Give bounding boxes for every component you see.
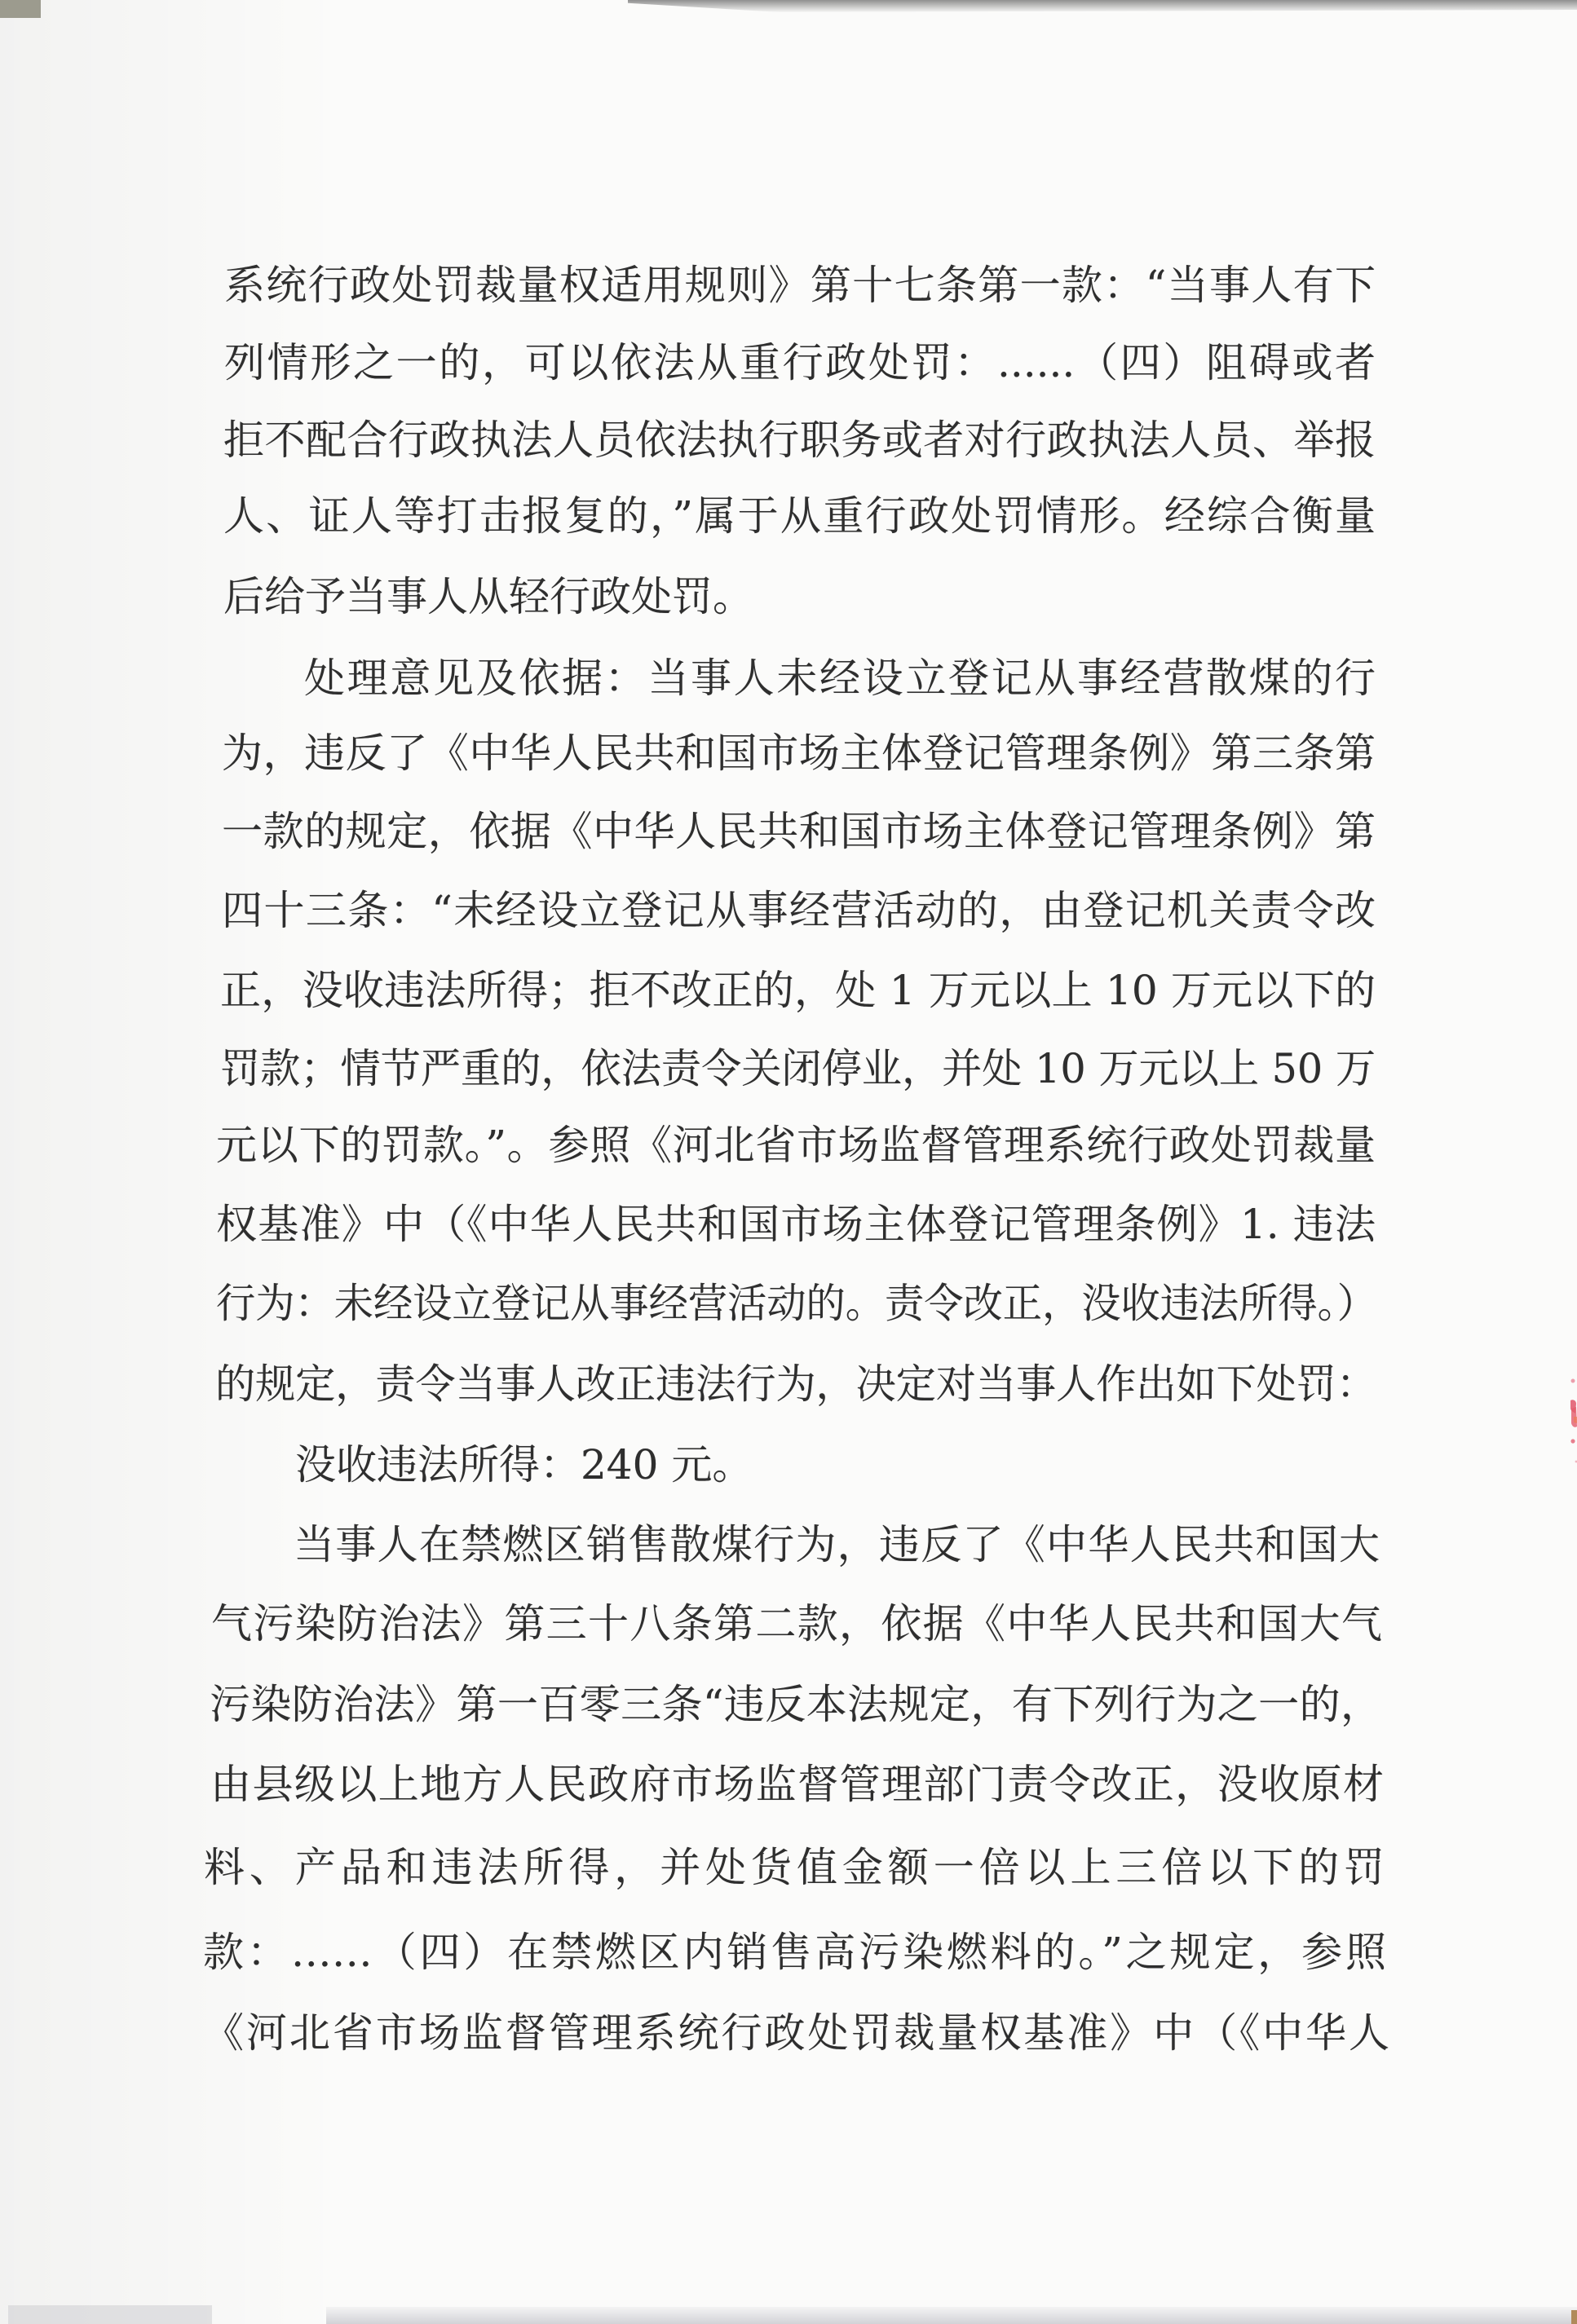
- text-line: 处理意见及依据：当事人未经设立登记从事经营散煤的行: [223, 639, 1376, 717]
- text-line: 《河北省市场监督管理系统行政处罚裁量权基准》中（《中华人: [203, 1994, 1389, 2072]
- text-line: 列情形之一的，可以依法从重行政处罚：......（四）阻碍或者: [224, 324, 1376, 402]
- scan-bottom-edge-shadow-right: [326, 2307, 1577, 2324]
- scan-corner-shadow: [0, 0, 41, 18]
- penalty-line: 没收违法所得：240 元。: [214, 1426, 1378, 1504]
- red-seal-fragment-icon: [1564, 1376, 1577, 1466]
- text-line: 人、证人等打击报复的，”属于从重行政处罚情形。经综合衡量: [223, 477, 1376, 555]
- text-line: 污染防治法》第一百零三条“违反本法规定，有下列行为之一的，: [210, 1665, 1381, 1744]
- text-line: 款：……（四）在禁燃区内销售高污染燃料的。”之规定，参照: [203, 1913, 1386, 1991]
- text-line: 罚款；情节严重的，依法责令关闭停业，并处 10 万元以上 50 万: [220, 1030, 1376, 1108]
- text-line: 系统行政处罚裁量权适用规则》第十七条第一款：“当事人有下: [224, 246, 1376, 324]
- text-line: 由县级以上地方人民政府市场监督管理部门责令改正，没收原材: [210, 1745, 1384, 1823]
- text-line: 的规定，责令当事人改正违法行为，决定对当事人作出如下处罚：: [215, 1345, 1376, 1423]
- scan-corner-mark: [1571, 2310, 1577, 2324]
- text-line: 当事人在禁燃区销售散煤行为，违反了《中华人民共和国大: [212, 1506, 1380, 1584]
- text-line: 为，违反了《中华人民共和国市场主体登记管理条例》第三条第: [222, 714, 1376, 792]
- text-line: 气污染防治法》第三十八条第二款，依据《中华人民共和国大气: [211, 1585, 1382, 1663]
- text-line: 一款的规定，依据《中华人民共和国市场主体登记管理条例》第: [222, 792, 1376, 871]
- text-line: 料、产品和违法所得，并处货值金额一倍以上三倍以下的罚: [204, 1828, 1385, 1907]
- text-line: 元以下的罚款。”。参照《河北省市场监督管理系统行政处罚裁量: [216, 1106, 1376, 1184]
- text-line: 拒不配合行政执法人员依法执行职务或者对行政执法人员、举报: [223, 401, 1376, 479]
- scanned-document-page: 系统行政处罚裁量权适用规则》第十七条第一款：“当事人有下 列情形之一的，可以依法…: [0, 0, 1577, 2324]
- text-line: 权基准》中（《中华人民共和国市场主体登记管理条例》1. 违法: [216, 1185, 1376, 1263]
- text-line: 正，没收违法所得；拒不改正的，处 1 万元以上 10 万元以下的: [220, 951, 1376, 1030]
- scan-top-edge-shadow: [628, 0, 1577, 12]
- scan-bottom-edge-shadow-left: [8, 2305, 212, 2324]
- text-line: 行为：未经设立登记从事经营活动的。责令改正，没收违法所得。）: [216, 1264, 1376, 1343]
- text-line: 后给予当事人从轻行政处罚。: [223, 558, 1376, 636]
- text-line: 四十三条：“未经设立登记从事经营活动的，由登记机关责令改: [222, 871, 1376, 950]
